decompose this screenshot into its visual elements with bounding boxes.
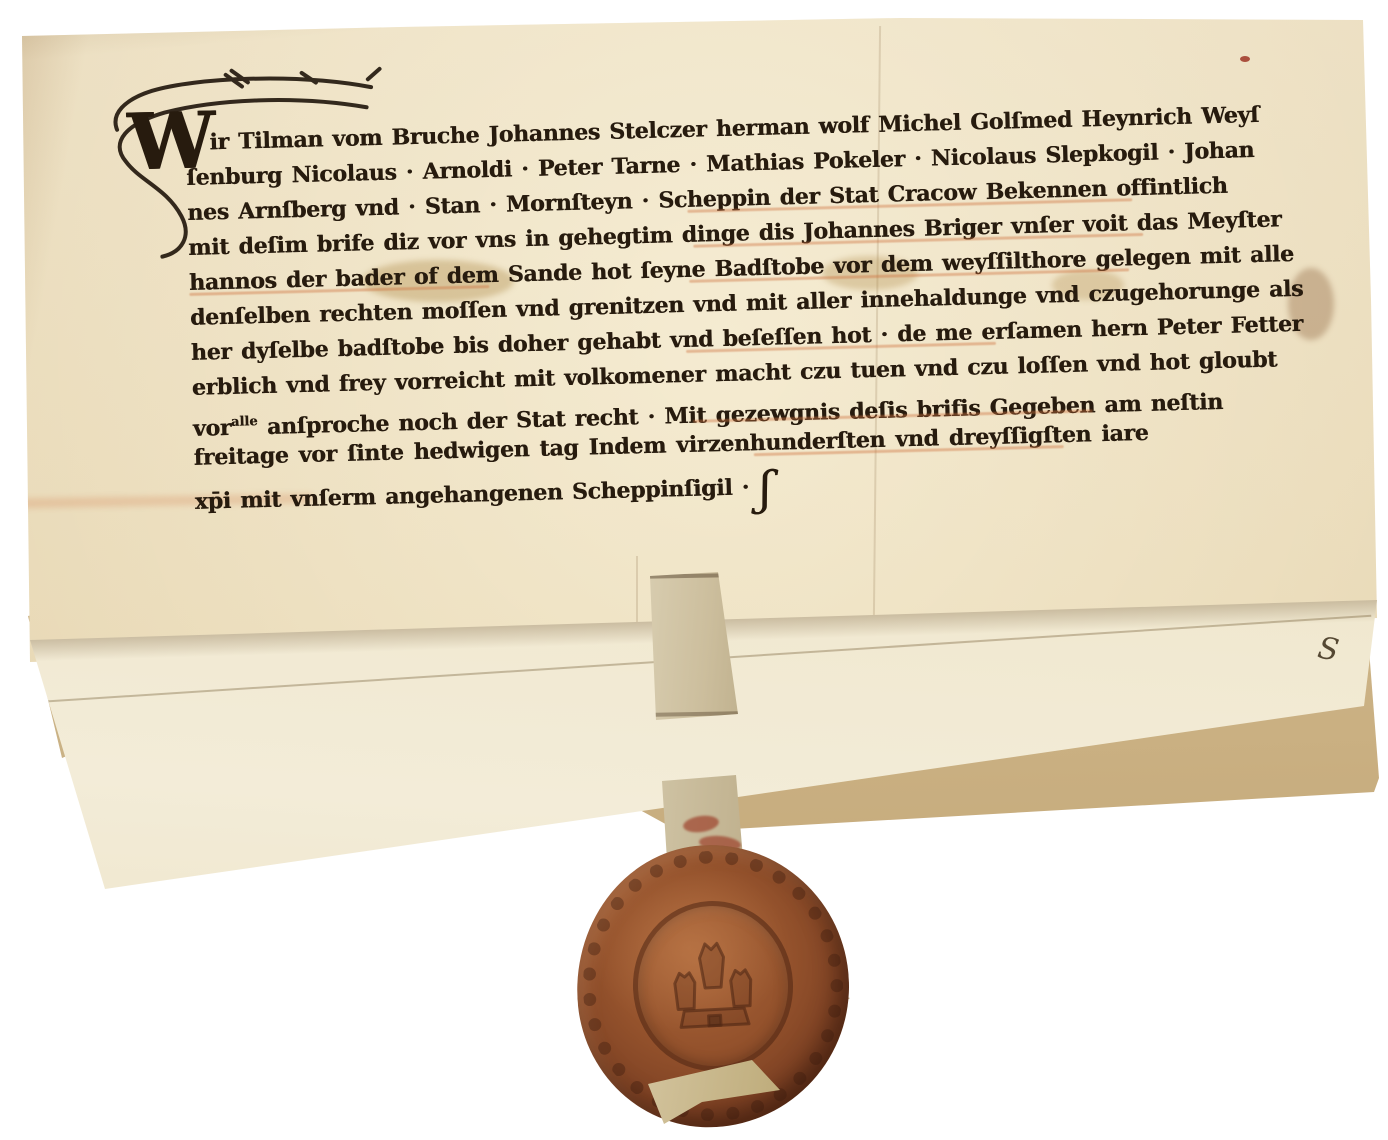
- charter-text-block: W ir Tilman vom Bruche Johannes Stelczer…: [185, 101, 1150, 511]
- line-text: xp̄i mit vnſerm angehangenen Scheppinſig…: [195, 474, 750, 515]
- charter-photo: W ir Tilman vom Bruche Johannes Stelczer…: [0, 0, 1388, 1140]
- notarial-paraph: ʃ: [758, 461, 772, 515]
- plica-ink-mark: S: [1315, 630, 1341, 668]
- line-text: vor: [193, 415, 232, 442]
- seal-motif-three-towers-icon: [650, 921, 776, 1047]
- red-ink-speck: [1240, 56, 1250, 62]
- interlinear-insertion: alle: [231, 414, 258, 430]
- wax-smear: [682, 814, 720, 835]
- initial-letter: W: [127, 111, 216, 173]
- initial-flourish-icon: [65, 48, 400, 257]
